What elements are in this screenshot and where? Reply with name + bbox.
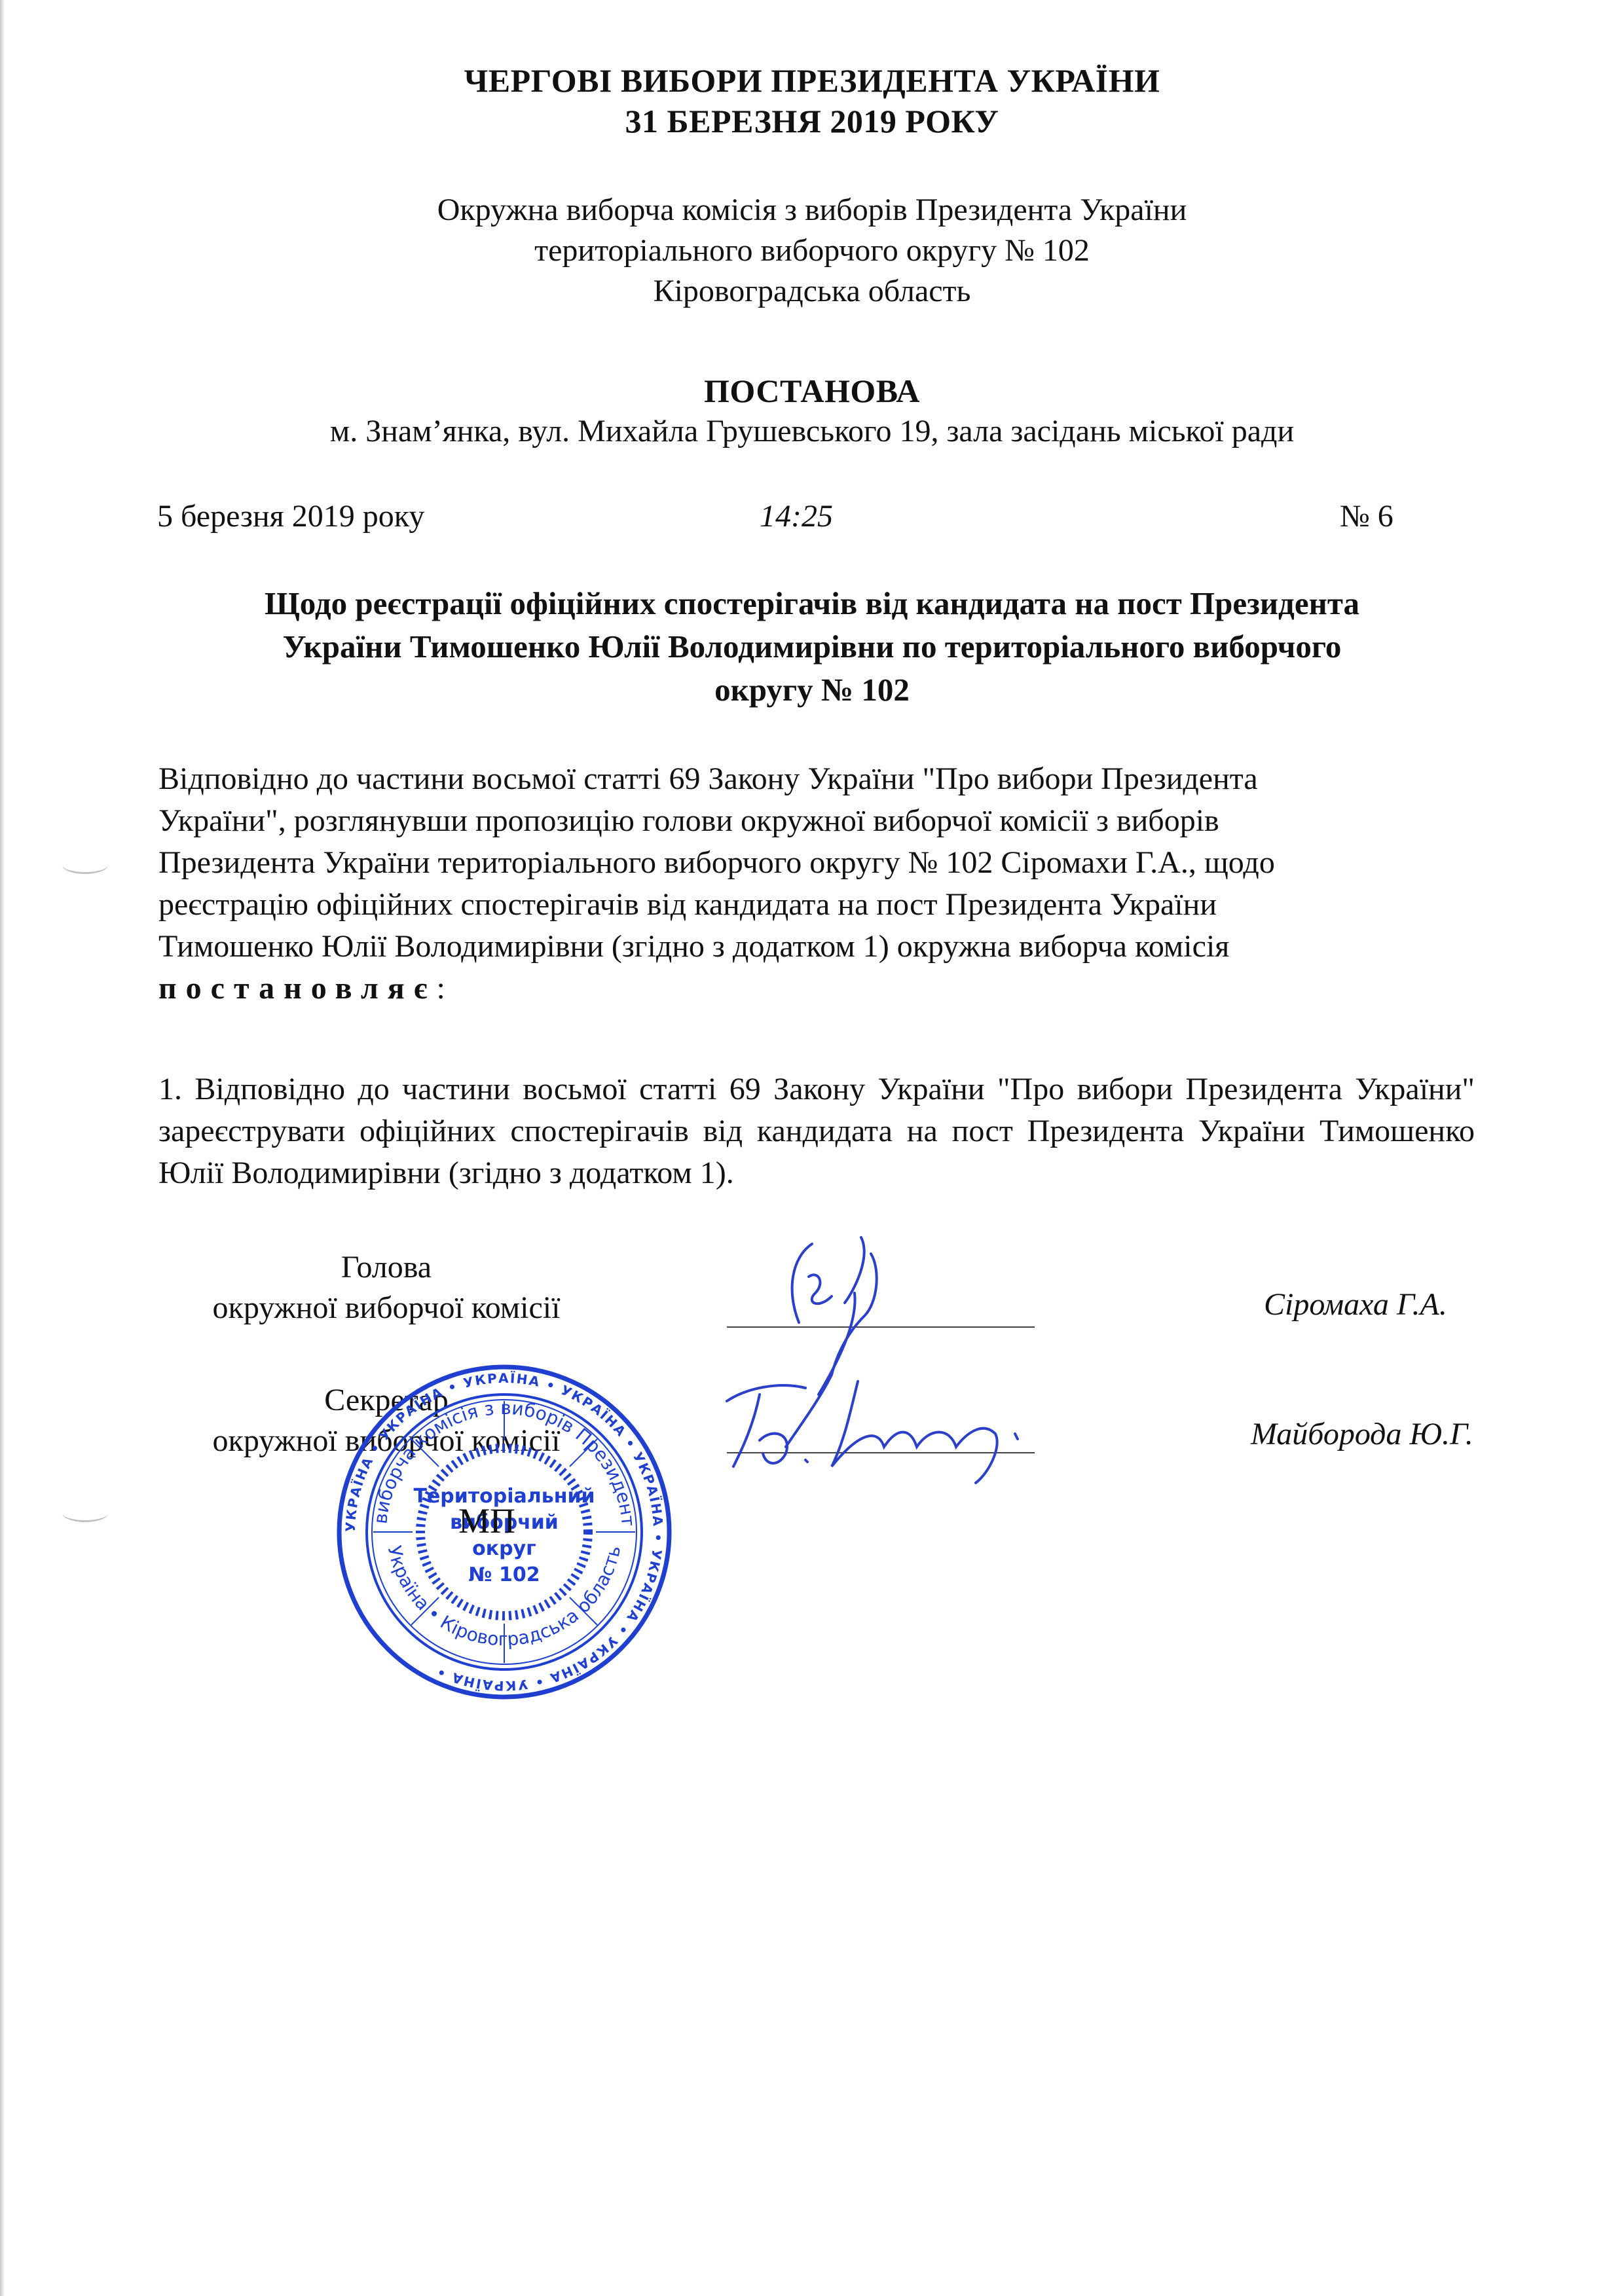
commission-region: Кіровоградська область [0,271,1624,312]
stamp-center-line-4: № 102 [468,1563,540,1586]
preamble-line: Тимошенко Юлії Володимирівни (згідно з д… [158,926,1475,968]
resolution-item-1: 1. Відповідно до частини восьмої статті … [158,1068,1475,1194]
resolves-word: постановляє [158,971,437,1006]
resolves-line: постановляє: [158,968,1475,1010]
punch-hole-mark-icon [62,856,108,874]
commission-line-1: Окружна виборча комісія з виборів Презид… [0,190,1624,230]
document-location: м. Знам’янка, вул. Михайла Грушевського … [0,411,1624,452]
subject-line-2: України Тимошенко Юлії Володимирівни по … [0,626,1624,668]
subject-line-3: округу № 102 [0,669,1624,711]
secretary-name: Майборода Ю.Г. [1251,1414,1473,1455]
preamble-line: реєстрацію офіційних спостерігачів від к… [158,884,1475,926]
preamble-line: Президента України територіального вибор… [158,842,1475,884]
election-date: 31 БЕРЕЗНЯ 2019 РОКУ [0,101,1624,141]
commission-line-2: територіального виборчого округу № 102 [0,230,1624,271]
preamble-line: України", розглянувши пропозицію голови … [158,800,1475,842]
document-date: 5 березня 2019 року [157,496,424,537]
election-title: ЧЕРГОВІ ВИБОРИ ПРЕЗИДЕНТА УКРАЇНИ [0,60,1624,101]
chair-role-line-1: Голова [157,1247,616,1288]
chair-role: Голова окружної виборчої комісії [157,1247,616,1328]
secretary-signature-icon [707,1368,1126,1486]
punch-hole-mark-icon [62,1504,108,1522]
scan-edge-shadow [0,0,4,2296]
document-type: ПОСТАНОВА [0,371,1624,411]
document-time: 14:25 [760,496,833,537]
preamble-paragraph: Відповідно до частини восьмої статті 69 … [158,758,1475,1010]
document-page: ЧЕРГОВІ ВИБОРИ ПРЕЗИДЕНТА УКРАЇНИ 31 БЕР… [0,0,1624,2296]
resolves-colon: : [437,971,445,1006]
document-number: № 6 [1340,496,1393,537]
preamble-line: Відповідно до частини восьмої статті 69 … [158,758,1475,800]
seal-label: МП [458,1501,515,1541]
subject-line-1: Щодо реєстрації офіційних спостерігачів … [0,583,1624,625]
chair-name: Сіромаха Г.А. [1264,1285,1447,1325]
chair-role-line-2: окружної виборчої комісії [157,1288,616,1328]
